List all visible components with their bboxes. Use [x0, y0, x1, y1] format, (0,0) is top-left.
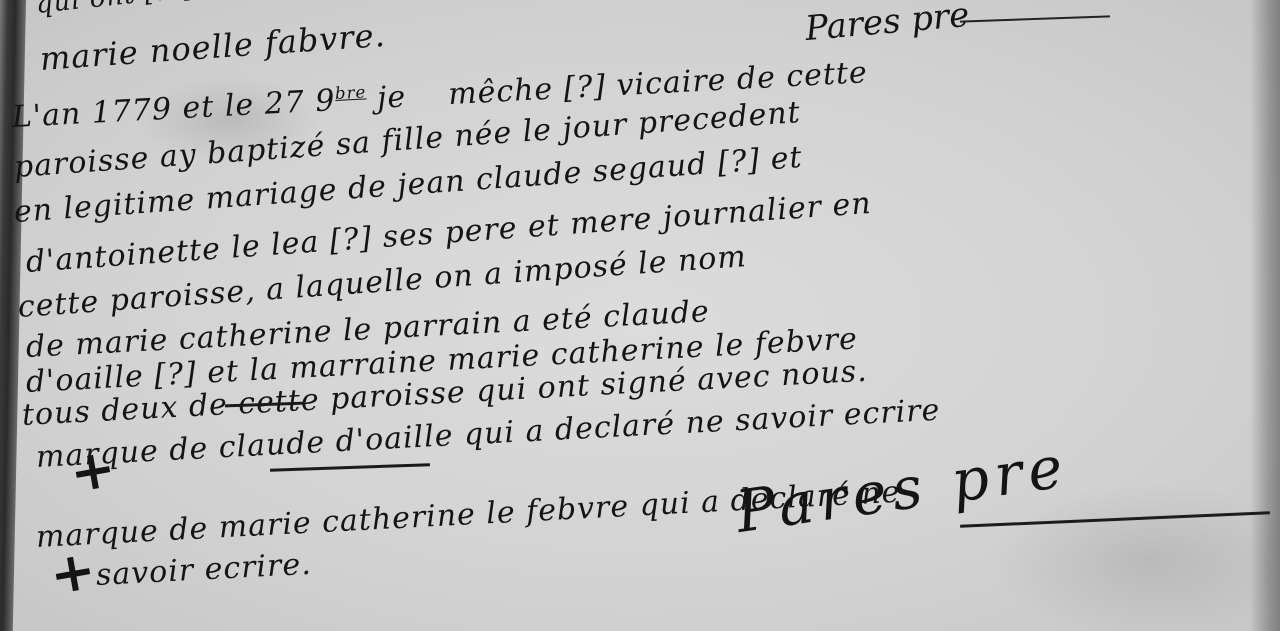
separator-stroke — [270, 463, 430, 472]
entry-date-tail: je — [366, 79, 407, 116]
entry-date: L'an 1779 et le 27 9 — [11, 83, 336, 135]
signature-flourish-top — [960, 15, 1110, 22]
officiant-title: mêche [?] vicaire de cette — [447, 55, 868, 112]
month-abbrev-superscript: bre — [335, 82, 367, 103]
register-page: Pares pre qui ont [...] marie noelle fab… — [0, 0, 1280, 631]
text-line-12: savoir ecrire. — [95, 547, 312, 593]
priest-signature-bottom: Pares pre — [732, 432, 1073, 546]
signature-flourish-bottom — [960, 511, 1270, 528]
priest-signature-top: Pares pre — [804, 0, 971, 49]
page-edge-shadow — [1250, 0, 1280, 631]
text-line-1: marie noelle fabvre. — [39, 16, 387, 78]
text-line-0: qui ont [...] — [34, 0, 195, 20]
